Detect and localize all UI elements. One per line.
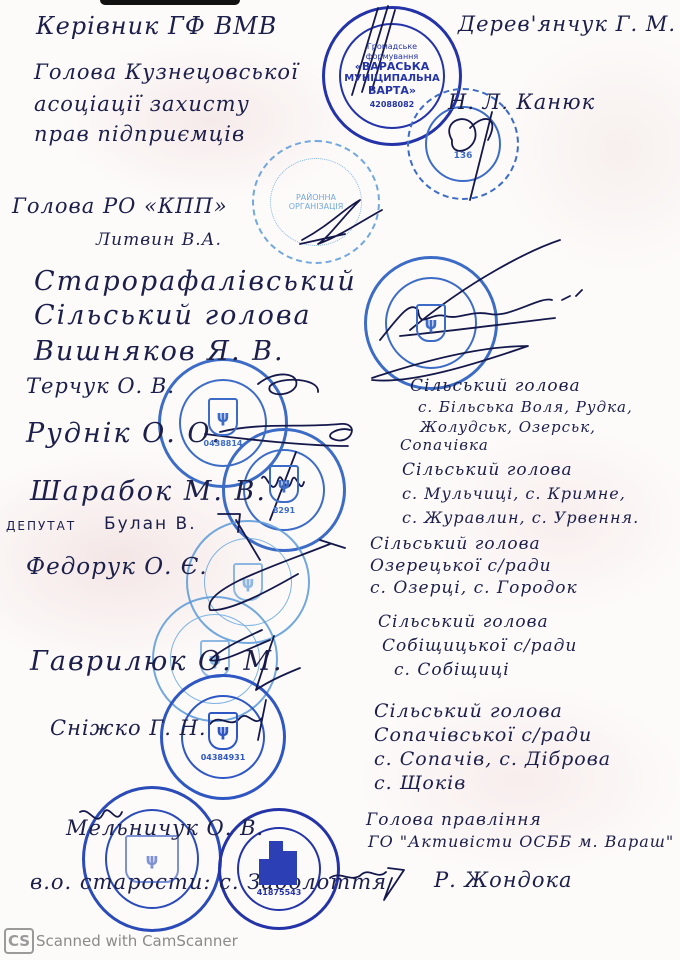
camscanner-watermark: CS Scanned with CamScanner (4, 928, 238, 954)
entry-holova-kuznetsovsk-line1: Голова Кузнецовської (34, 62, 299, 83)
coat-of-arms-icon: ψ (125, 835, 179, 883)
camscanner-text: Scanned with CamScanner (36, 932, 238, 950)
entry-derevianchuk: Дерев'янчук Г. М. (458, 14, 676, 35)
stamp-line: Громадське (344, 42, 440, 51)
entry-fedoruk: Федорук О. Є. (26, 556, 208, 579)
entry-sharabok: Шарабок М. В. (30, 478, 267, 505)
entry-holova-pravlinnia-line1: Голова правління (366, 812, 542, 829)
stamp-line: РАЙОННА (289, 193, 344, 202)
entry-holova-ro-kpp: Голова РО «КПП» (12, 196, 228, 217)
entry-holova-pravlinnia-line2: ГО "Активісти ОСББ м. Вараш" (368, 834, 674, 850)
entry-lytvyn: Литвин В.А. (96, 232, 222, 249)
entry-holova-sobishchytsi-line1: Сільський голова (378, 614, 549, 631)
entry-holova-ozertsi-line1: Сільський голова (370, 536, 541, 553)
stamp-faded-organization: РАЙОННА ОРГАНІЗАЦІЯ (252, 140, 380, 264)
entry-kerivnyk: Керівник ГФ ВМВ (36, 14, 277, 38)
entry-havryliuk: Гаврилюк О. М. (30, 648, 284, 675)
scan-edge-shadow (100, 0, 240, 5)
entry-zhondoka: Р. Жондока (434, 870, 573, 891)
coat-of-arms-icon: ψ (208, 712, 238, 750)
stamp-code: 42088082 (344, 100, 440, 109)
entry-holova-vola-line4: Сопачівка (400, 438, 489, 453)
entry-holova-vola-line1: Сільський голова (410, 378, 581, 395)
entry-deputat-name: Булан В. (104, 516, 197, 533)
coat-of-arms-icon: ψ (269, 465, 299, 503)
entry-starorafalivskyi-line1: Старорафалівський (34, 268, 357, 295)
entry-holova-mulchytsi-line1: Сільський голова (402, 462, 573, 479)
stamp-code: 04384931 (201, 753, 246, 762)
entry-starorafalivskyi-line3: Вишняков Я. В. (34, 338, 285, 365)
entry-holova-kuznetsovsk-line3: прав підприємців (34, 124, 245, 145)
entry-holova-ozertsi-line3: с. Озерці, с. Городок (370, 580, 578, 597)
entry-holova-ozertsi-line2: Озерецької с/ради (370, 558, 552, 575)
stamp-code: 41875543 (257, 888, 302, 897)
coat-of-arms-icon: ψ (208, 398, 238, 436)
stamp-line: ВАРТА» (344, 85, 440, 98)
stamp-code: 0438814 (204, 439, 243, 448)
entry-holova-mulchytsi-line3: с. Журавлин, с. Урвення. (402, 510, 639, 526)
entry-vo-starosty: в.о. старости: с. Заболоття (30, 872, 387, 893)
building-icon (255, 841, 303, 885)
stamp-line: ОРГАНІЗАЦІЯ (289, 202, 344, 211)
stamp-zabolottia: ψ (82, 786, 222, 932)
entry-starorafalivskyi-line2: Сільський голова (34, 302, 312, 329)
entry-snizhko: Сніжко Г. Н. (50, 718, 207, 739)
entry-holova-vola-line3: Жолудськ, Озерськ, (420, 420, 596, 435)
coat-of-arms-icon: ψ (416, 304, 446, 342)
entry-terchuk: Терчук О. В. (26, 376, 175, 397)
stamp-code: 8291 (273, 506, 295, 515)
entry-holova-sopachiv-line1: Сільський голова (374, 702, 563, 721)
coat-of-arms-icon: ψ (233, 563, 263, 601)
entry-holova-sobishchytsi-line2: Собіщицької с/ради (382, 638, 577, 655)
entry-holova-sopachiv-line2: Сопачівської с/ради (374, 726, 592, 745)
entry-holova-sopachiv-line3: с. Сопачів, с. Діброва (374, 750, 611, 769)
entry-kanius: Н. Л. Канюк (448, 92, 595, 113)
stamp-starorafalivska: ψ (364, 256, 498, 390)
entry-deputat-label: ДЕПУТАТ (6, 520, 76, 532)
entry-holova-sobishchytsi-line3: с. Собіщиці (394, 662, 510, 679)
entry-holova-vola-line2: с. Більська Воля, Рудка, (418, 400, 633, 415)
stamp-line: «ВАРАСЬКА (344, 61, 440, 74)
entry-holova-mulchytsi-line2: с. Мульчиці, с. Кримне, (402, 486, 626, 502)
stamp-line: 136 (454, 151, 473, 161)
entry-holova-sopachiv-line4: с. Щоків (374, 774, 466, 793)
camscanner-logo-icon: CS (4, 928, 34, 954)
entry-rudnik: Руднік О. О. (26, 420, 222, 447)
entry-holova-kuznetsovsk-line2: асоціації захисту (34, 94, 250, 115)
